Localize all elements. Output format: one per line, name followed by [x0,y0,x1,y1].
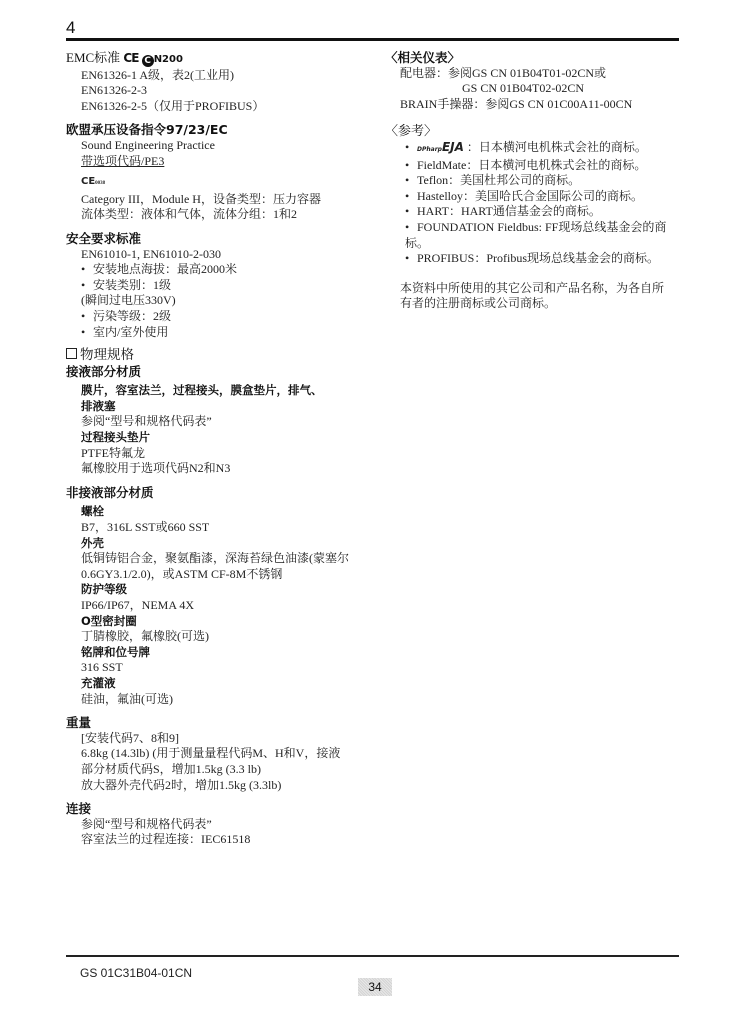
safety-title: 安全要求标准 [66,231,376,247]
housing-title: 外壳 [66,536,376,552]
emc-line: EN61326-2-5（仅用于PROFIBUS） [66,99,376,115]
ped-title: 欧盟承压设备指令97/23/EC [66,122,376,138]
related-line: BRAIN手操器：参阅GS CN 01C00A11-00CN [385,97,685,113]
emc-line: EN61326-2-3 [66,83,376,99]
connection-line: 容室法兰的过程连接：IEC61518 [66,832,376,848]
gasket-title: 过程接头垫片 [66,430,376,446]
fill-fluid-value: 硅油，氟油(可选) [66,692,376,708]
trademark-item: HART：HART通信基金会的商标。 [385,204,685,220]
gasket-value: 氟橡胶用于选项代码N2和N3 [66,461,376,477]
related-line: 配电器：参阅GS CN 01B04T01-02CN或 [385,66,685,82]
ce-mark-icon: CE [123,51,138,65]
physical-section: 物理规格 接液部分材质 膜片，容室法兰，过程接头，膜盒垫片，排气、 排液塞 参阅… [66,348,376,848]
eja-logo-icon: EJA [442,140,464,154]
right-column: 〈相关仪表〉 配电器：参阅GS CN 01B04T01-02CN或 GS CN … [385,50,685,312]
bolt-title: 螺栓 [66,504,376,520]
safety-note: (瞬间过电压330V) [66,293,376,309]
wetted-parts-value: 参阅“型号和规格代码表” [66,414,376,430]
weight-line: 放大器外壳代码2时，增加1.5kg (3.3lb) [66,778,376,794]
safety-section: 安全要求标准 EN61010-1, EN61010-2-030 安装地点海拔：最… [66,231,376,340]
weight-line: [安装代码7、8和9] [66,731,376,747]
emc-section: EMC标准 CE CN200 EN61326-1 A级，表2(工业用) EN61… [66,50,376,114]
protection-title: 防护等级 [66,582,376,598]
dpharp-logo-icon: DPharp [417,146,442,153]
oring-value: 丁腈橡胶，氟橡胶(可选) [66,629,376,645]
ped-line: 流体类型：液体和气体，流体分组：1和2 [66,207,376,223]
wetted-parts-title: 排液塞 [66,399,376,415]
ped-section: 欧盟承压设备指令97/23/EC Sound Engineering Pract… [66,122,376,223]
fill-fluid-title: 充灌液 [66,676,376,692]
emc-title: EMC标准 CE CN200 [66,50,376,68]
ce-0038-mark: CE0038 [66,173,376,192]
safety-standards: EN61010-1, EN61010-2-030 [66,247,376,263]
ped-option-code: 带选项代码/PE3 [66,154,376,170]
section-number: 4 [66,18,75,38]
bottom-rule [66,955,679,957]
ce-mark-icon: CE [81,176,95,187]
trademark-item: Teflon：美国杜邦公司的商标。 [385,173,685,189]
tag-value: 316 SST [66,660,376,676]
emc-line: EN61326-1 A级，表2(工业用) [66,68,376,84]
physical-title: 物理规格 [66,348,376,364]
tag-title: 铭牌和位号牌 [66,645,376,661]
trademark-note: 有者的注册商标或公司商标。 [385,296,685,312]
nonwetted-title: 非接液部分材质 [66,485,376,501]
safety-bullet: 安装地点海拔：最高2000米 [66,262,376,278]
protection-value: IP66/IP67，NEMA 4X [66,598,376,614]
checkbox-square-icon [66,348,77,359]
document-id: GS 01C31B04-01CN [80,966,192,980]
left-column: EMC标准 CE CN200 EN61326-1 A级，表2(工业用) EN61… [66,50,376,848]
safety-bullet: 室内/室外使用 [66,325,376,341]
top-rule [66,38,679,41]
housing-value: 低铜铸铝合金，聚氨酯漆，深海苔绿色油漆(蒙塞尔 [66,551,376,567]
safety-bullet: 污染等级：2级 [66,309,376,325]
reference-title: 〈参考〉 [385,124,685,140]
trademark-item: FieldMate：日本横河电机株式会社的商标。 [385,158,685,174]
page-number: 34 [358,978,392,996]
reference-section: 〈参考〉 DPharpEJA ：日本横河电机株式会社的商标。 FieldMate… [385,124,685,312]
weight-title: 重量 [66,715,376,731]
trademark-item: DPharpEJA ：日本横河电机株式会社的商标。 [385,140,685,158]
oring-title: O型密封圈 [66,614,376,630]
trademark-item: FOUNDATION Fieldbus: FF现场总线基金会的商标。 [385,220,685,251]
weight-line: 6.8kg (14.3lb) (用于测量量程代码M、H和V，接液 [66,746,376,762]
gasket-value: PTFE特氟龙 [66,446,376,462]
bolt-value: B7，316L SST或660 SST [66,520,376,536]
connection-title: 连接 [66,801,376,817]
wetted-title: 接液部分材质 [66,364,376,380]
related-title: 〈相关仪表〉 [385,50,685,66]
ctick-mark-icon: C [142,55,154,67]
wetted-parts-title: 膜片，容室法兰，过程接头，膜盒垫片，排气、 [66,383,376,399]
weight-line: 部分材质代码S，增加1.5kg (3.3 lb) [66,762,376,778]
ped-line: Category III，Module H，设备类型：压力容器 [66,192,376,208]
ped-line: Sound Engineering Practice [66,138,376,154]
connection-line: 参阅“型号和规格代码表” [66,817,376,833]
trademark-note: 本资料中所使用的其它公司和产品名称，为各自所 [385,281,685,297]
trademark-item: PROFIBUS：Profibus现场总线基金会的商标。 [385,251,685,267]
trademark-item: Hastelloy：美国哈氏合金国际公司的商标。 [385,189,685,205]
safety-bullet: 安装类别：1级 [66,278,376,294]
related-line: GS CN 01B04T02-02CN [385,81,685,97]
housing-value: 0.6GY3.1/2.0)，或ASTM CF-8M不锈钢 [66,567,376,583]
related-instruments-section: 〈相关仪表〉 配电器：参阅GS CN 01B04T01-02CN或 GS CN … [385,50,685,112]
